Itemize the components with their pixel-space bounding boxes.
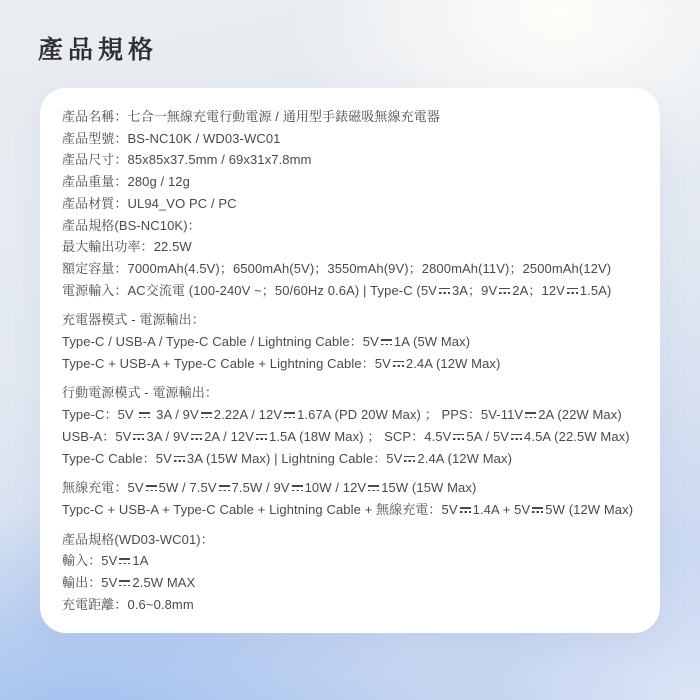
spec-card: 產品名稱：七合一無線充電行動電源 / 通用型手錶磁吸無線充電器產品型號：BS-N… <box>40 88 660 633</box>
dc-symbol-icon <box>404 455 415 464</box>
spec-line: Type-C：5V 3A / 9V2.22A / 12V1.67A (PD 20… <box>62 404 638 426</box>
dc-symbol-icon <box>381 338 392 347</box>
spec-line: 額定容量：7000mAh(4.5V)；6500mAh(5V)；3550mAh(9… <box>62 258 638 280</box>
spec-line: 產品重量：280g / 12g <box>62 171 638 193</box>
dc-symbol-icon <box>368 484 379 493</box>
dc-symbol-icon <box>139 411 150 420</box>
spec-line: 產品名稱：七合一無線充電行動電源 / 通用型手錶磁吸無線充電器 <box>62 106 638 128</box>
spec-section-wireless-charging: 無線充電：5V5W / 7.5V7.5W / 9V10W / 12V15W (1… <box>62 477 638 520</box>
spec-line: 無線充電：5V5W / 7.5V7.5W / 9V10W / 12V15W (1… <box>62 477 638 499</box>
spec-line: 輸入：5V1A <box>62 550 638 572</box>
dc-symbol-icon <box>499 287 510 296</box>
dc-symbol-icon <box>256 433 267 442</box>
spec-line: USB-A：5V3A / 9V2A / 12V1.5A (18W Max) ； … <box>62 426 638 448</box>
spec-line: 充電器模式 - 電源輸出： <box>62 309 638 331</box>
page-background: 產品規格 產品名稱：七合一無線充電行動電源 / 通用型手錶磁吸無線充電器產品型號… <box>0 0 700 700</box>
dc-symbol-icon <box>191 433 202 442</box>
dc-symbol-icon <box>460 506 471 515</box>
spec-line: 產品型號：BS-NC10K / WD03-WC01 <box>62 128 638 150</box>
spec-line: 產品尺寸：85x85x37.5mm / 69x31x7.8mm <box>62 149 638 171</box>
spec-section-basic-info: 產品名稱：七合一無線充電行動電源 / 通用型手錶磁吸無線充電器產品型號：BS-N… <box>62 106 638 301</box>
spec-line: Type-C Cable：5V3A (15W Max) | Lightning … <box>62 448 638 470</box>
spec-line: Typc-C + USB-A + Type-C Cable + Lightnin… <box>62 499 638 521</box>
dc-symbol-icon <box>119 557 130 566</box>
dc-symbol-icon <box>201 411 212 420</box>
dc-symbol-icon <box>133 433 144 442</box>
spec-line: 行動電源模式 - 電源輸出： <box>62 382 638 404</box>
dc-symbol-icon <box>146 484 157 493</box>
dc-symbol-icon <box>453 433 464 442</box>
dc-symbol-icon <box>119 579 130 588</box>
spec-line: 充電距離：0.6~0.8mm <box>62 594 638 616</box>
spec-section-powerbank-mode-output: 行動電源模式 - 電源輸出：Type-C：5V 3A / 9V2.22A / 1… <box>62 382 638 469</box>
spec-line: 產品材質：UL94_VO PC / PC <box>62 193 638 215</box>
dc-symbol-icon <box>174 455 185 464</box>
spec-line: 電源輸入：AC交流電 (100-240V ~；50/60Hz 0.6A) | T… <box>62 280 638 302</box>
spec-line: 輸出：5V2.5W MAX <box>62 572 638 594</box>
dc-symbol-icon <box>511 433 522 442</box>
spec-line: 產品規格(BS-NC10K)： <box>62 215 638 237</box>
dc-symbol-icon <box>567 287 578 296</box>
spec-line: 最大輸出功率：22.5W <box>62 236 638 258</box>
spec-line: Type-C / USB-A / Type-C Cable / Lightnin… <box>62 331 638 353</box>
dc-symbol-icon <box>532 506 543 515</box>
spec-section-charger-mode-output: 充電器模式 - 電源輸出：Type-C / USB-A / Type-C Cab… <box>62 309 638 374</box>
dc-symbol-icon <box>284 411 295 420</box>
dc-symbol-icon <box>525 411 536 420</box>
page-title: 產品規格 <box>38 30 158 66</box>
spec-section-wd03-wc01-specs: 產品規格(WD03-WC01)：輸入：5V1A輸出：5V2.5W MAX充電距離… <box>62 529 638 616</box>
dc-symbol-icon <box>393 360 404 369</box>
spec-line: Type-C + USB-A + Type-C Cable + Lightnin… <box>62 353 638 375</box>
dc-symbol-icon <box>219 484 230 493</box>
dc-symbol-icon <box>292 484 303 493</box>
spec-line: 產品規格(WD03-WC01)： <box>62 529 638 551</box>
dc-symbol-icon <box>439 287 450 296</box>
